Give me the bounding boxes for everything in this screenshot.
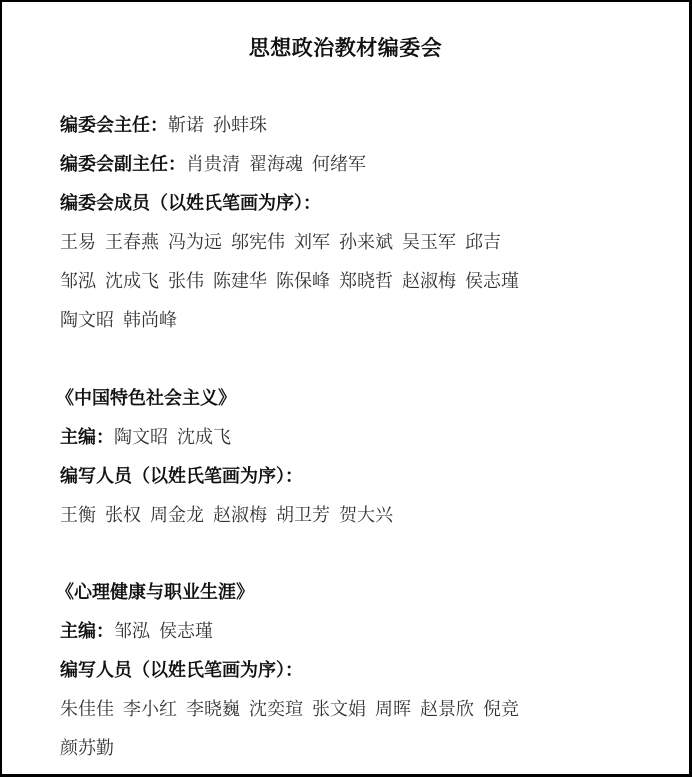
director-label: 编委会主任： (60, 115, 168, 136)
page-title: 思想政治教材编委会 (2, 32, 689, 62)
person-name: 王衡 (60, 505, 96, 526)
person-name: 张伟 (168, 271, 204, 292)
person-name: 靳诺 (168, 115, 204, 136)
members-label: 编委会成员（以姓氏笔画为序）： (60, 193, 321, 214)
person-name: 何绪军 (312, 154, 366, 175)
person-name: 沈成飞 (105, 271, 159, 292)
committee-members-heading: 编委会成员（以姓氏笔画为序）： (60, 193, 321, 215)
members-row-1: 王易王春燕冯为远邬宪伟刘军孙来斌吴玉军邱吉 (60, 232, 501, 254)
document-page: 思想政治教材编委会 编委会主任：靳诺孙蚌珠 编委会副主任：肖贵清翟海魂何绪军 编… (0, 0, 692, 777)
person-name: 翟海魂 (249, 154, 303, 175)
book1-writers-row: 王衡张权周金龙赵淑梅胡卫芳贺大兴 (60, 505, 393, 527)
person-name: 孙来斌 (339, 232, 393, 253)
person-name: 周晖 (375, 699, 411, 720)
person-name: 郑晓哲 (339, 271, 393, 292)
book2-editor-line: 主编：邹泓侯志瑾 (60, 621, 213, 643)
person-name: 颜苏勤 (60, 738, 114, 759)
book1-title: 《中国特色社会主义》 (56, 388, 236, 410)
person-name: 韩尚峰 (123, 310, 177, 331)
person-name: 邬宪伟 (231, 232, 285, 253)
person-name: 肖贵清 (186, 154, 240, 175)
person-name: 刘军 (294, 232, 330, 253)
person-name: 赵淑梅 (402, 271, 456, 292)
writers-label: 编写人员（以姓氏笔画为序）： (60, 466, 303, 487)
person-name: 陶文昭 (60, 310, 114, 331)
person-name: 王易 (60, 232, 96, 253)
book2-title: 《心理健康与职业生涯》 (56, 582, 254, 604)
person-name: 赵景欣 (420, 699, 474, 720)
person-name: 王春燕 (105, 232, 159, 253)
person-name: 邱吉 (465, 232, 501, 253)
person-name: 吴玉军 (402, 232, 456, 253)
person-name: 李小红 (123, 699, 177, 720)
director-names: 靳诺孙蚌珠 (168, 115, 267, 136)
person-name: 贺大兴 (339, 505, 393, 526)
person-name: 李晓巍 (186, 699, 240, 720)
book2-writers-row-2: 颜苏勤 (60, 738, 114, 760)
person-name: 张权 (105, 505, 141, 526)
person-name: 赵淑梅 (213, 505, 267, 526)
committee-director-line: 编委会主任：靳诺孙蚌珠 (60, 115, 267, 137)
deputy-label: 编委会副主任： (60, 154, 186, 175)
editor-names: 邹泓侯志瑾 (114, 621, 213, 642)
person-name: 沈成飞 (177, 427, 231, 448)
book1-writers-heading: 编写人员（以姓氏笔画为序）： (60, 466, 303, 488)
editor-label: 主编： (60, 621, 114, 642)
person-name: 陈建华 (213, 271, 267, 292)
person-name: 胡卫芳 (276, 505, 330, 526)
person-name: 沈奕瑄 (249, 699, 303, 720)
writers-label: 编写人员（以姓氏笔画为序）： (60, 660, 303, 681)
person-name: 陶文昭 (114, 427, 168, 448)
book2-writers-heading: 编写人员（以姓氏笔画为序）： (60, 660, 303, 682)
person-name: 周金龙 (150, 505, 204, 526)
deputy-names: 肖贵清翟海魂何绪军 (186, 154, 366, 175)
person-name: 侯志瑾 (159, 621, 213, 642)
person-name: 张文娟 (312, 699, 366, 720)
person-name: 冯为远 (168, 232, 222, 253)
editor-label: 主编： (60, 427, 114, 448)
members-row-3: 陶文昭韩尚峰 (60, 310, 177, 332)
person-name: 孙蚌珠 (213, 115, 267, 136)
book1-editor-line: 主编：陶文昭沈成飞 (60, 427, 231, 449)
person-name: 倪竞 (483, 699, 519, 720)
person-name: 朱佳佳 (60, 699, 114, 720)
person-name: 陈保峰 (276, 271, 330, 292)
person-name: 邹泓 (114, 621, 150, 642)
editor-names: 陶文昭沈成飞 (114, 427, 231, 448)
members-row-2: 邹泓沈成飞张伟陈建华陈保峰郑晓哲赵淑梅侯志瑾 (60, 271, 519, 293)
person-name: 邹泓 (60, 271, 96, 292)
committee-deputy-line: 编委会副主任：肖贵清翟海魂何绪军 (60, 154, 366, 176)
person-name: 侯志瑾 (465, 271, 519, 292)
book2-writers-row-1: 朱佳佳李小红李晓巍沈奕瑄张文娟周晖赵景欣倪竞 (60, 699, 519, 721)
